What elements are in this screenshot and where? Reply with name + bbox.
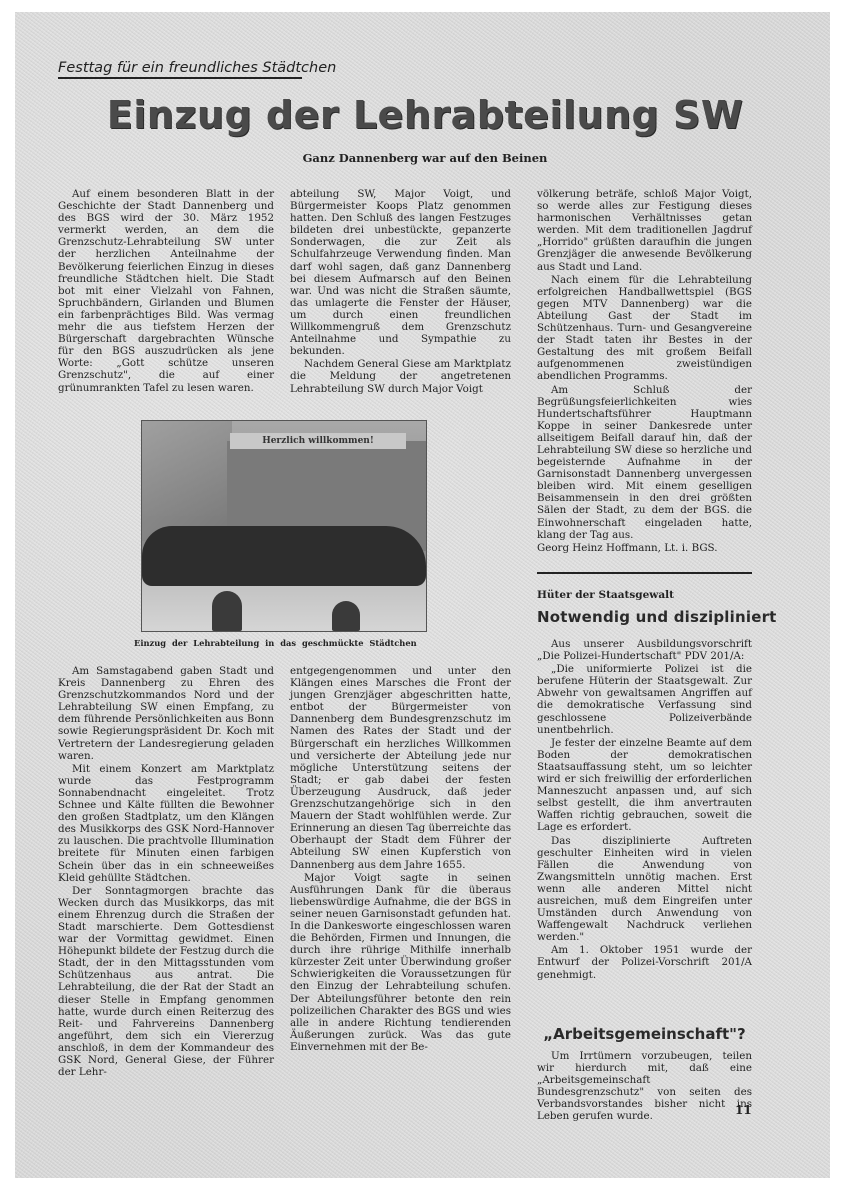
paragraph: „Die uniformierte Polizei ist die berufe… xyxy=(537,663,752,736)
paragraph: Auf einem besonderen Blatt in der Geschi… xyxy=(58,188,274,394)
paragraph: Major Voigt sagte in seinen Ausführungen… xyxy=(290,872,511,1053)
sidebar-kicker: Hüter der Staatsgewalt xyxy=(537,589,674,601)
section-divider xyxy=(537,572,752,574)
paragraph: Das disziplinierte Auftreten geschulter … xyxy=(537,835,752,944)
photo-tree xyxy=(142,421,232,541)
page-number: 11 xyxy=(735,1103,752,1117)
paragraph: Am Samstagabend gaben Stadt und Kreis Da… xyxy=(58,665,274,762)
column-1-bottom: Am Samstagabend gaben Stadt und Kreis Da… xyxy=(58,665,274,1078)
paragraph: Je fester der einzelne Beamte auf dem Bo… xyxy=(537,737,752,834)
article-kicker: Festtag für ein freundliches Städtchen xyxy=(58,60,302,79)
paragraph: völkerung beträfe, schloß Major Voigt, s… xyxy=(537,188,752,273)
article-headline: Einzug der Lehrabteilung SW xyxy=(50,93,800,137)
photo-child xyxy=(212,591,242,631)
photo-marching-troops xyxy=(142,526,426,586)
notice-body: Um Irrtümern vorzubeugen, teilen wir hie… xyxy=(537,1050,752,1123)
paragraph: Am 1. Oktober 1951 wurde der Entwurf der… xyxy=(537,944,752,980)
paragraph: abteilung SW, Major Voigt, und Bürgermei… xyxy=(290,188,511,357)
paragraph: Mit einem Konzert am Marktplatz wurde da… xyxy=(58,763,274,884)
article-subheadline: Ganz Dannenberg war auf den Beinen xyxy=(50,151,800,165)
notice-headline: „Arbeitsgemeinschaft"? xyxy=(537,1025,752,1043)
photo-child xyxy=(332,601,360,631)
photo-welcome-banner: Herzlich willkommen! xyxy=(230,433,406,449)
article-photo: Herzlich willkommen! xyxy=(141,420,427,632)
paragraph: entgegengenommen und unter den Klängen e… xyxy=(290,665,511,871)
column-2-bottom: entgegengenommen und unter den Klängen e… xyxy=(290,665,511,1053)
column-1-top: Auf einem besonderen Blatt in der Geschi… xyxy=(58,188,274,394)
byline: Georg Heinz Hoffmann, Lt. i. BGS. xyxy=(537,542,752,554)
photo-caption: Einzug der Lehrabteilung in das geschmüc… xyxy=(134,638,434,648)
sidebar-headline: Notwendig und diszipliniert xyxy=(537,608,777,626)
column-3-top: völkerung beträfe, schloß Major Voigt, s… xyxy=(537,188,752,554)
paragraph: Aus unserer Ausbildungsvorschrift „Die P… xyxy=(537,638,752,662)
column-2-top: abteilung SW, Major Voigt, und Bürgermei… xyxy=(290,188,511,395)
paragraph: Um Irrtümern vorzubeugen, teilen wir hie… xyxy=(537,1050,752,1123)
paragraph: Am Schluß der Begrüßungsfeierlichkeiten … xyxy=(537,384,752,541)
paragraph: Nachdem General Giese am Marktplatz die … xyxy=(290,358,511,394)
sidebar-body: Aus unserer Ausbildungsvorschrift „Die P… xyxy=(537,638,752,981)
paragraph: Nach einem für die Lehrabteilung erfolgr… xyxy=(537,274,752,383)
paragraph: Der Sonntagmorgen brachte das Wecken dur… xyxy=(58,885,274,1079)
